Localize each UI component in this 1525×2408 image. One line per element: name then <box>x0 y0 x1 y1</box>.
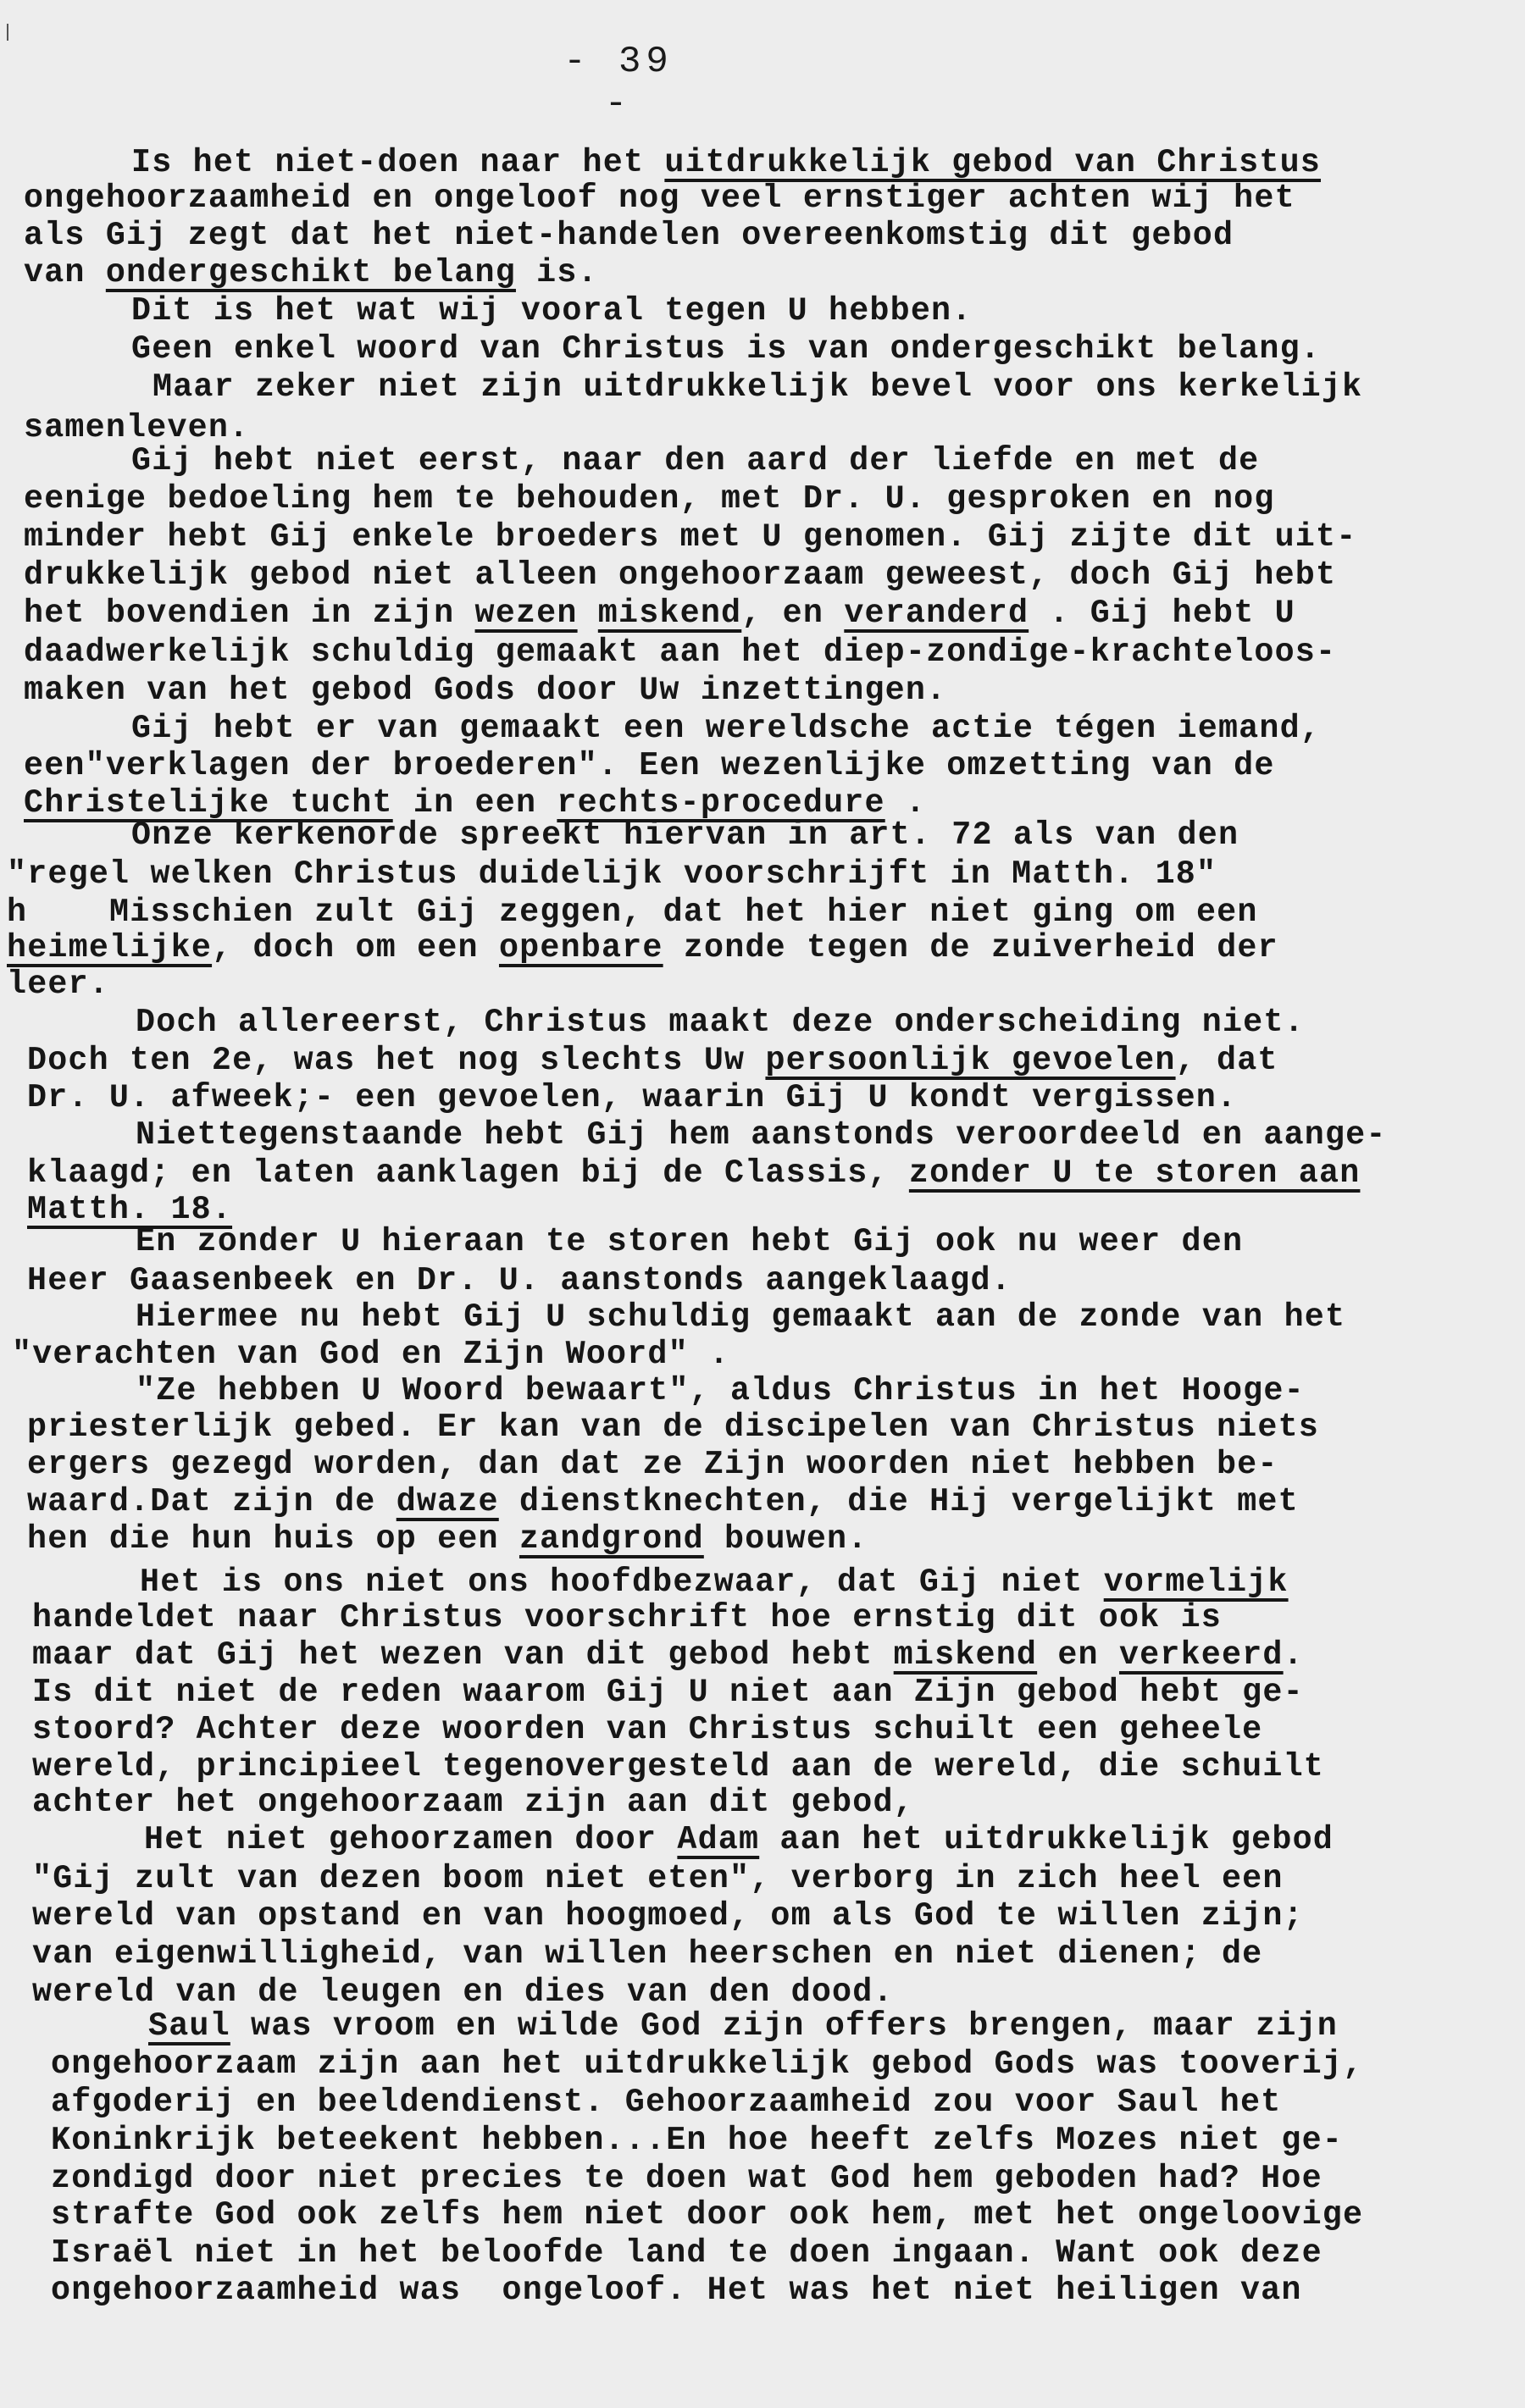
text-segment: afgoderij en beeldendienst. Gehoorzaamhe… <box>51 2084 1281 2121</box>
text-segment: daadwerkelijk schuldig gemaakt aan het d… <box>24 634 1336 671</box>
text-segment: drukkelijk gebod niet alleen ongehoorzaa… <box>24 556 1336 594</box>
text-segment: Gij hebt niet eerst, naar den aard der l… <box>131 442 1259 479</box>
text-segment: dienstknechten, die Hij vergelijkt met <box>499 1483 1299 1520</box>
text-segment: handeldet naar Christus voorschrift hoe … <box>32 1599 1222 1636</box>
text-segment <box>578 595 598 632</box>
text-segment: was vroom en wilde God zijn offers breng… <box>230 2007 1338 2045</box>
text-segment: . Gij hebt U <box>1029 595 1295 632</box>
text-line: Het niet gehoorzamen door Adam aan het u… <box>144 1821 1334 1858</box>
text-line: drukkelijk gebod niet alleen ongehoorzaa… <box>24 556 1336 594</box>
text-segment: Het niet gehoorzamen door <box>144 1821 677 1858</box>
text-line: ongehoorzaam zijn aan het uitdrukkelijk … <box>51 2045 1363 2083</box>
text-segment: Dit is het wat wij vooral tegen U hebben… <box>131 292 972 329</box>
text-segment: stoord? Achter deze woorden van Christus… <box>32 1711 1262 1748</box>
underlined-phrase: wezen <box>475 595 578 632</box>
text-segment: van eigenwilligheid, van willen heersche… <box>32 1935 1262 1973</box>
text-segment: is. <box>516 254 598 291</box>
text-segment: ongehoorzaamheid en ongeloof nog veel er… <box>24 180 1295 217</box>
text-line: ergers gezegd worden, dan dat ze Zijn wo… <box>27 1446 1278 1483</box>
text-line: Dr. U. afweek;- een gevoelen, waarin Gij… <box>27 1079 1237 1116</box>
text-line: strafte God ook zelfs hem niet door ook … <box>51 2196 1363 2234</box>
text-segment: Geen enkel woord van Christus is van ond… <box>131 330 1321 368</box>
text-line: Hiermee nu hebt Gij U schuldig gemaakt a… <box>136 1298 1345 1336</box>
text-line: hen die hun huis op een zandgrond bouwen… <box>27 1520 868 1558</box>
text-segment: Maar zeker niet zijn uitdrukkelijk bevel… <box>152 368 1362 406</box>
underlined-phrase: ondergeschikt belang <box>106 254 516 291</box>
text-segment: ergers gezegd worden, dan dat ze Zijn wo… <box>27 1446 1278 1483</box>
text-segment: leer. <box>7 966 109 1003</box>
text-segment: "verachten van God en Zijn Woord" . <box>12 1336 729 1373</box>
text-segment: Heer Gaasenbeek en Dr. U. aanstonds aang… <box>27 1262 1012 1299</box>
text-line: Koninkrijk beteekent hebben...En hoe hee… <box>51 2122 1343 2159</box>
text-line: priesterlijk gebed. Er kan van de discip… <box>27 1409 1319 1446</box>
text-segment: maken van het gebod Gods door Uw inzetti… <box>24 672 946 709</box>
text-segment: achter het ongehoorzaam zijn aan dit geb… <box>32 1784 914 1821</box>
text-segment: en <box>1037 1636 1119 1674</box>
text-line: achter het ongehoorzaam zijn aan dit geb… <box>32 1784 914 1821</box>
text-line: waard.Dat zijn de dwaze dienstknechten, … <box>27 1483 1299 1520</box>
text-segment: aan het uitdrukkelijk gebod <box>759 1821 1334 1858</box>
text-line: zondigd door niet precies te doen wat Go… <box>51 2160 1323 2197</box>
underlined-phrase: Saul <box>148 2007 230 2045</box>
text-line: En zonder U hieraan te storen hebt Gij o… <box>136 1223 1243 1260</box>
text-line: "regel welken Christus duidelijk voorsch… <box>7 855 1217 893</box>
text-line: handeldet naar Christus voorschrift hoe … <box>32 1599 1222 1636</box>
text-segment: "regel welken Christus duidelijk voorsch… <box>7 855 1217 893</box>
underlined-phrase: heimelijke <box>7 929 212 966</box>
text-segment: wereld van de leugen en dies van den doo… <box>32 1973 894 2011</box>
underlined-phrase: Adam <box>677 1821 759 1858</box>
text-line: Gij hebt er van gemaakt een wereldsche a… <box>131 710 1321 747</box>
text-segment: wereld, principieel tegenovergesteld aan… <box>32 1748 1324 1785</box>
text-line: heimelijke, doch om een openbare zonde t… <box>7 929 1278 966</box>
text-segment: strafte God ook zelfs hem niet door ook … <box>51 2196 1363 2234</box>
text-line: Is dit niet de reden waarom Gij U niet a… <box>32 1674 1304 1711</box>
text-segment: Dr. U. afweek;- een gevoelen, waarin Gij… <box>27 1079 1237 1116</box>
text-line: Het is ons niet ons hoofdbezwaar, dat Gi… <box>140 1564 1289 1601</box>
text-line: wereld van opstand en van hoogmoed, om a… <box>32 1897 1304 1935</box>
text-line: klaagd; en laten aanklagen bij de Classi… <box>27 1154 1360 1192</box>
text-segment: Is het niet-doen naar het <box>131 144 664 181</box>
text-segment: "Ze hebben U Woord bewaart", aldus Chris… <box>136 1372 1305 1409</box>
text-segment: een"verklagen der broederen". Een wezenl… <box>24 747 1275 784</box>
text-line: Israël niet in het beloofde land te doen… <box>51 2234 1323 2272</box>
text-line: Onze kerkenorde spreekt hiervan in art. … <box>131 817 1239 854</box>
text-segment: hen die hun huis op een <box>27 1520 519 1558</box>
text-line: minder hebt Gij enkele broeders met U ge… <box>24 518 1356 556</box>
text-line: eenige bedoeling hem te behouden, met Dr… <box>24 480 1275 518</box>
text-line: wereld van de leugen en dies van den doo… <box>32 1973 894 2011</box>
text-segment: eenige bedoeling hem te behouden, met Dr… <box>24 480 1275 518</box>
text-line: Gij hebt niet eerst, naar den aard der l… <box>131 442 1259 479</box>
text-segment: wereld van opstand en van hoogmoed, om a… <box>32 1897 1304 1935</box>
text-line: Dit is het wat wij vooral tegen U hebben… <box>131 292 972 329</box>
text-line: Doch ten 2e, was het nog slechts Uw pers… <box>27 1042 1278 1079</box>
text-segment: Israël niet in het beloofde land te doen… <box>51 2234 1323 2272</box>
text-segment: als Gij zegt dat het niet-handelen overe… <box>24 217 1234 254</box>
text-segment: maar dat Gij het wezen van dit gebod heb… <box>32 1636 894 1674</box>
underlined-phrase: verkeerd <box>1119 1636 1284 1674</box>
underlined-phrase: vormelijk <box>1104 1564 1289 1601</box>
text-line: "Ze hebben U Woord bewaart", aldus Chris… <box>136 1372 1305 1409</box>
text-segment: Niettegenstaande hebt Gij hem aanstonds … <box>136 1116 1387 1154</box>
text-line: Niettegenstaande hebt Gij hem aanstonds … <box>136 1116 1387 1154</box>
underlined-phrase: openbare <box>499 929 663 966</box>
underlined-phrase: uitdrukkelijk gebod van Christus <box>664 144 1321 181</box>
text-segment: het bovendien in zijn <box>24 595 475 632</box>
text-segment: h Misschien zult Gij zeggen, dat het hie… <box>7 894 1258 931</box>
typewritten-page: - 39 - Is het niet-doen naar het uitdruk… <box>0 0 1525 2408</box>
text-line: Saul was vroom en wilde God zijn offers … <box>148 2007 1338 2045</box>
text-segment: Doch ten 2e, was het nog slechts Uw <box>27 1042 765 1079</box>
text-line: maar dat Gij het wezen van dit gebod heb… <box>32 1636 1304 1674</box>
text-line: maken van het gebod Gods door Uw inzetti… <box>24 672 946 709</box>
text-segment: klaagd; en laten aanklagen bij de Classi… <box>27 1154 909 1192</box>
text-line: Doch allereerst, Christus maakt deze ond… <box>136 1004 1305 1041</box>
text-line: van eigenwilligheid, van willen heersche… <box>32 1935 1262 1973</box>
text-segment: ongehoorzaam zijn aan het uitdrukkelijk … <box>51 2045 1363 2083</box>
text-line: Heer Gaasenbeek en Dr. U. aanstonds aang… <box>27 1262 1012 1299</box>
underlined-phrase: veranderd <box>844 595 1029 632</box>
text-line: afgoderij en beeldendienst. Gehoorzaamhe… <box>51 2084 1281 2121</box>
text-line: samenleven. <box>24 409 249 446</box>
text-segment: waard.Dat zijn de <box>27 1483 396 1520</box>
underlined-phrase: miskend <box>894 1636 1037 1674</box>
text-line: het bovendien in zijn wezen miskend, en … <box>24 595 1295 632</box>
text-segment: zondigd door niet precies te doen wat Go… <box>51 2160 1323 2197</box>
text-line: Geen enkel woord van Christus is van ond… <box>131 330 1321 368</box>
text-line: leer. <box>7 966 109 1003</box>
text-segment: Het is ons niet ons hoofdbezwaar, dat Gi… <box>140 1564 1104 1601</box>
underlined-phrase: zonder U te storen aan <box>909 1154 1361 1192</box>
text-line: h Misschien zult Gij zeggen, dat het hie… <box>7 894 1258 931</box>
text-segment: zonde tegen de zuiverheid der <box>663 929 1278 966</box>
text-segment: En zonder U hieraan te storen hebt Gij o… <box>136 1223 1243 1260</box>
text-segment: Doch allereerst, Christus maakt deze ond… <box>136 1004 1305 1041</box>
underlined-phrase: dwaze <box>396 1483 499 1520</box>
text-segment: Onze kerkenorde spreekt hiervan in art. … <box>131 817 1239 854</box>
text-segment: priesterlijk gebed. Er kan van de discip… <box>27 1409 1319 1446</box>
text-segment: ongehoorzaamheid was ongeloof. Het was h… <box>51 2272 1302 2309</box>
underlined-phrase: zandgrond <box>519 1520 704 1558</box>
text-segment: minder hebt Gij enkele broeders met U ge… <box>24 518 1356 556</box>
text-line: wereld, principieel tegenovergesteld aan… <box>32 1748 1324 1785</box>
text-segment: Koninkrijk beteekent hebben...En hoe hee… <box>51 2122 1343 2159</box>
text-segment: Is dit niet de reden waarom Gij U niet a… <box>32 1674 1304 1711</box>
text-line: als Gij zegt dat het niet-handelen overe… <box>24 217 1234 254</box>
text-segment: bouwen. <box>704 1520 868 1558</box>
text-segment: . <box>1284 1636 1304 1674</box>
underlined-phrase: persoonlijk gevoelen <box>765 1042 1175 1079</box>
text-line: stoord? Achter deze woorden van Christus… <box>32 1711 1262 1748</box>
text-line: van ondergeschikt belang is. <box>24 254 598 291</box>
text-segment: , doch om een <box>212 929 499 966</box>
text-segment: Hiermee nu hebt Gij U schuldig gemaakt a… <box>136 1298 1345 1336</box>
text-line: Maar zeker niet zijn uitdrukkelijk bevel… <box>152 368 1362 406</box>
text-segment: samenleven. <box>24 409 249 446</box>
text-line: daadwerkelijk schuldig gemaakt aan het d… <box>24 634 1336 671</box>
page-number: - 39 - <box>542 41 695 125</box>
text-segment: Gij hebt er van gemaakt een wereldsche a… <box>131 710 1321 747</box>
text-line: ongehoorzaamheid was ongeloof. Het was h… <box>51 2272 1302 2309</box>
text-segment: , dat <box>1176 1042 1278 1079</box>
underlined-phrase: miskend <box>598 595 741 632</box>
text-segment: "Gij zult van dezen boom niet eten", ver… <box>32 1860 1284 1897</box>
text-line: ongehoorzaamheid en ongeloof nog veel er… <box>24 180 1295 217</box>
margin-mark <box>7 24 8 41</box>
text-line: Is het niet-doen naar het uitdrukkelijk … <box>131 144 1321 181</box>
text-segment: van <box>24 254 106 291</box>
text-line: "Gij zult van dezen boom niet eten", ver… <box>32 1860 1284 1897</box>
text-line: "verachten van God en Zijn Woord" . <box>12 1336 729 1373</box>
text-line: een"verklagen der broederen". Een wezenl… <box>24 747 1275 784</box>
text-segment: , en <box>741 595 844 632</box>
